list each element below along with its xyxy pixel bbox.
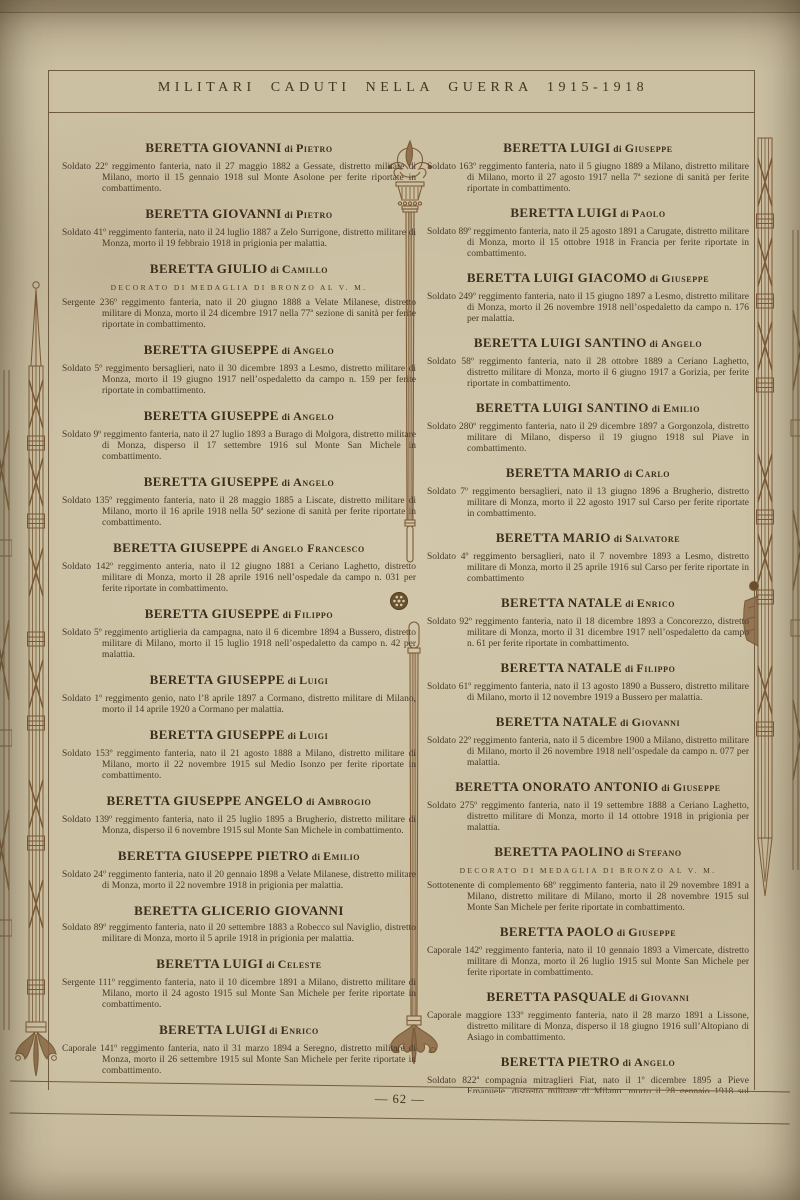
entry-surname-given: BERETTA LUIGI SANTINO xyxy=(476,400,649,415)
memorial-entry: BERETTA LUIGI di GiuseppeSoldato 163º re… xyxy=(427,141,749,195)
memorial-entry: BERETTA PAOLO di GiuseppeCaporale 142º r… xyxy=(427,925,749,979)
entry-heading: BERETTA GIUSEPPE PIETRO di Emilio xyxy=(62,849,416,865)
entry-heading: BERETTA GIUSEPPE di Filippo xyxy=(62,607,416,623)
entry-body: Soldato 61º reggimento fanteria, nato il… xyxy=(427,682,749,704)
entry-patronymic: Giovanni xyxy=(641,990,690,1004)
entry-patronymic: Salvatore xyxy=(625,531,680,545)
clipped-fasces-edge-ornament xyxy=(790,230,800,870)
entry-heading: BERETTA GIUSEPPE di Angelo xyxy=(62,343,416,359)
entry-body: Soldato 1º reggimento genio, nato l’8 ap… xyxy=(62,694,416,716)
memorial-entry: BERETTA MARIO di SalvatoreSoldato 4º reg… xyxy=(427,531,749,585)
entry-body: Soldato 153º reggimento fanteria, nato i… xyxy=(62,749,416,782)
entry-patronymic: Pietro xyxy=(296,207,333,221)
entry-surname-given: BERETTA LUIGI xyxy=(510,205,617,220)
entry-body: Soldato 139º reggimento fanteria, nato i… xyxy=(62,815,416,837)
memorial-entry: BERETTA GIUSEPPE ANGELO di AmbrogioSolda… xyxy=(62,794,416,837)
entry-heading: BERETTA GIUSEPPE di Angelo xyxy=(62,409,416,425)
entry-di-particle: di xyxy=(622,600,636,610)
entry-surname-given: BERETTA GIUSEPPE xyxy=(150,672,285,687)
entry-surname-given: BERETTA GLICERIO GIOVANNI xyxy=(134,903,344,918)
entry-heading: BERETTA PAOLINO di Stefano xyxy=(427,845,749,861)
right-column: BERETTA LUIGI di GiuseppeSoldato 163º re… xyxy=(427,141,749,1093)
entry-di-particle: di xyxy=(266,1027,280,1037)
entry-body: Soldato 4º reggimento bersaglieri, nato … xyxy=(427,552,749,585)
entry-di-particle: di xyxy=(282,145,296,155)
frame-rule-header-bottom xyxy=(48,112,755,113)
entry-patronymic: Angelo xyxy=(293,409,334,423)
entry-di-particle: di xyxy=(263,961,277,971)
entry-di-particle: di xyxy=(622,665,636,675)
entry-surname-given: BERETTA GIOVANNI xyxy=(145,206,281,221)
entry-surname-given: BERETTA PAOLINO xyxy=(494,844,623,859)
entry-patronymic: Carlo xyxy=(635,466,670,480)
memorial-entry: BERETTA GIUSEPPE di AngeloSoldato 135º r… xyxy=(62,475,416,529)
entry-surname-given: BERETTA GIUSEPPE xyxy=(113,540,248,555)
left-column: BERETTA GIOVANNI di PietroSoldato 22º re… xyxy=(62,141,416,1093)
entry-patronymic: Enrico xyxy=(281,1023,319,1037)
entry-di-particle: di xyxy=(647,275,661,285)
entry-body: Soldato 89º reggimento fanteria, nato il… xyxy=(62,923,416,945)
entry-patronymic: Filippo xyxy=(636,661,675,675)
entry-patronymic: Giuseppe xyxy=(628,925,676,939)
entry-surname-given: BERETTA GIUSEPPE xyxy=(144,474,279,489)
entry-patronymic: Paolo xyxy=(632,206,666,220)
entry-surname-given: BERETTA GIUSEPPE ANGELO xyxy=(107,793,304,808)
entry-body: Soldato 89º reggimento fanteria, nato il… xyxy=(427,227,749,260)
entry-heading: BERETTA GIUSEPPE di Luigi xyxy=(62,673,416,689)
entry-body: Soldato 92º reggimento fanteria, nato il… xyxy=(427,617,749,650)
entry-body: Soldato 135º reggimento fanteria, nato i… xyxy=(62,496,416,529)
entry-patronymic: Giuseppe xyxy=(661,271,709,285)
entry-body: Caporale 141º reggimento fanteria, nato … xyxy=(62,1044,416,1077)
entry-heading: BERETTA LUIGI SANTINO di Emilio xyxy=(427,401,749,417)
frame-rule-top xyxy=(48,70,755,71)
entry-surname-given: BERETTA GIUSEPPE xyxy=(144,408,279,423)
entry-surname-given: BERETTA PASQUALE xyxy=(487,989,627,1004)
entry-di-particle: di xyxy=(649,405,663,415)
entry-surname-given: BERETTA PAOLO xyxy=(500,924,614,939)
entry-heading: BERETTA GIUSEPPE di Angelo Francesco xyxy=(62,541,416,557)
entry-heading: BERETTA LUIGI di Giuseppe xyxy=(427,141,749,157)
memorial-entry: BERETTA GIOVANNI di PietroSoldato 41º re… xyxy=(62,207,416,250)
entry-heading: BERETTA GIULIO di Camillo xyxy=(62,262,416,278)
entry-body: Soldato 22º reggimento fanteria, nato il… xyxy=(62,162,416,195)
entry-patronymic: Emilio xyxy=(323,849,360,863)
entry-heading: BERETTA LUIGI di Paolo xyxy=(427,206,749,222)
memorial-entry: BERETTA NATALE di FilippoSoldato 61º reg… xyxy=(427,661,749,704)
entry-surname-given: BERETTA NATALE xyxy=(501,660,623,675)
entry-decoration: DECORATO DI MEDAGLIA DI BRONZO AL V. M. xyxy=(62,283,416,292)
memorial-entry: BERETTA GIUSEPPE PIETRO di EmilioSoldato… xyxy=(62,849,416,892)
entry-heading: BERETTA GIOVANNI di Pietro xyxy=(62,207,416,223)
entry-di-particle: di xyxy=(621,470,635,480)
entry-body: Caporale maggiore 133º reggimento fanter… xyxy=(427,1011,749,1044)
entry-surname-given: BERETTA LUIGI xyxy=(156,956,263,971)
entry-patronymic: Camillo xyxy=(282,262,328,276)
entry-di-particle: di xyxy=(282,211,296,221)
entry-patronymic: Angelo Francesco xyxy=(263,541,365,555)
entry-patronymic: Giovanni xyxy=(632,715,681,729)
memorial-entry: BERETTA PASQUALE di GiovanniCaporale mag… xyxy=(427,990,749,1044)
entry-di-particle: di xyxy=(303,798,317,808)
entry-patronymic: Filippo xyxy=(294,607,333,621)
memorial-entry: BERETTA PAOLINO di StefanoDECORATO DI ME… xyxy=(427,845,749,914)
memorial-entry: BERETTA GIUSEPPE di AngeloSoldato 9º reg… xyxy=(62,409,416,463)
entry-heading: BERETTA MARIO di Carlo xyxy=(427,466,749,482)
entry-heading: BERETTA GIUSEPPE di Angelo xyxy=(62,475,416,491)
entry-body: Soldato 5º reggimento bersaglieri, nato … xyxy=(62,364,416,397)
entry-heading: BERETTA LUIGI di Enrico xyxy=(62,1023,416,1039)
entry-heading: BERETTA NATALE di Enrico xyxy=(427,596,749,612)
entry-heading: BERETTA MARIO di Salvatore xyxy=(427,531,749,547)
entry-patronymic: Enrico xyxy=(637,596,675,610)
entry-di-particle: di xyxy=(280,611,294,621)
scanned-page: MILITARI CADUTI NELLA GUERRA 1915-1918 xyxy=(0,0,800,1200)
footer-rule-bottom xyxy=(10,1113,790,1125)
entry-di-particle: di xyxy=(624,849,638,859)
memorial-entry: BERETTA GIUSEPPE di LuigiSoldato 1º regg… xyxy=(62,673,416,716)
entry-surname-given: BERETTA MARIO xyxy=(506,465,621,480)
entry-patronymic: Giuseppe xyxy=(673,780,721,794)
entry-surname-given: BERETTA LUIGI SANTINO xyxy=(474,335,647,350)
entry-di-particle: di xyxy=(626,994,640,1004)
entry-patronymic: Celeste xyxy=(278,957,322,971)
entry-patronymic: Angelo xyxy=(661,336,702,350)
clipped-fasces-edge-ornament xyxy=(0,370,12,1030)
memorial-entry: BERETTA GIUSEPPE di LuigiSoldato 153º re… xyxy=(62,728,416,782)
entry-surname-given: BERETTA GIUSEPPE xyxy=(145,606,280,621)
entry-patronymic: Angelo xyxy=(634,1055,675,1069)
entry-patronymic: Luigi xyxy=(299,728,328,742)
memorial-entry: BERETTA LUIGI GIACOMO di GiuseppeSoldato… xyxy=(427,271,749,325)
memorial-entry: BERETTA LUIGI SANTINO di EmilioSoldato 2… xyxy=(427,401,749,455)
entry-body: Sergente 111º reggimento fanteria, nato … xyxy=(62,978,416,1011)
entry-heading: BERETTA NATALE di Giovanni xyxy=(427,715,749,731)
entry-decoration: DECORATO DI MEDAGLIA DI BRONZO AL V. M. xyxy=(427,866,749,875)
entry-di-particle: di xyxy=(611,145,625,155)
entry-di-particle: di xyxy=(614,929,628,939)
entry-di-particle: di xyxy=(611,535,625,545)
entry-di-particle: di xyxy=(279,479,293,489)
entry-body: Caporale 142º reggimento fanteria, nato … xyxy=(427,946,749,979)
entry-surname-given: BERETTA ONORATO ANTONIO xyxy=(455,779,658,794)
entry-surname-given: BERETTA PIETRO xyxy=(501,1054,620,1069)
entry-surname-given: BERETTA GIUSEPPE xyxy=(144,342,279,357)
memorial-entry: BERETTA MARIO di CarloSoldato 7º reggime… xyxy=(427,466,749,520)
memorial-entry: BERETTA LUIGI di CelesteSergente 111º re… xyxy=(62,957,416,1011)
entry-heading: BERETTA NATALE di Filippo xyxy=(427,661,749,677)
entry-surname-given: BERETTA GIULIO xyxy=(150,261,268,276)
entry-heading: BERETTA LUIGI GIACOMO di Giuseppe xyxy=(427,271,749,287)
entry-body: Sergente 236º reggimento fanteria, nato … xyxy=(62,298,416,331)
memorial-entry: BERETTA GIUSEPPE di FilippoSoldato 5º re… xyxy=(62,607,416,661)
entry-di-particle: di xyxy=(617,719,631,729)
memorial-entry: BERETTA GIOVANNI di PietroSoldato 22º re… xyxy=(62,141,416,195)
entry-surname-given: BERETTA LUIGI xyxy=(503,141,610,155)
entry-patronymic: Pietro xyxy=(296,141,333,155)
entry-body: Soldato 5º reggimento artiglieria da cam… xyxy=(62,628,416,661)
entry-patronymic: Luigi xyxy=(299,673,328,687)
page-title: MILITARI CADUTI NELLA GUERRA 1915-1918 xyxy=(50,80,756,96)
memorial-entry: BERETTA LUIGI di PaoloSoldato 89º reggim… xyxy=(427,206,749,260)
entry-surname-given: BERETTA LUIGI GIACOMO xyxy=(467,270,647,285)
entry-di-particle: di xyxy=(279,347,293,357)
entry-surname-given: BERETTA GIUSEPPE xyxy=(150,727,285,742)
entry-di-particle: di xyxy=(659,784,673,794)
entry-di-particle: di xyxy=(248,545,262,555)
entry-heading: BERETTA ONORATO ANTONIO di Giuseppe xyxy=(427,780,749,796)
entry-body: Soldato 163º reggimento fanteria, nato i… xyxy=(427,162,749,195)
memorial-entry: BERETTA GIULIO di CamilloDECORATO DI MED… xyxy=(62,262,416,331)
memorial-entry: BERETTA NATALE di GiovanniSoldato 22º re… xyxy=(427,715,749,769)
entry-surname-given: BERETTA GIOVANNI xyxy=(145,141,281,155)
entry-di-particle: di xyxy=(620,1059,634,1069)
entry-patronymic: Giuseppe xyxy=(625,141,673,155)
memorial-entry: BERETTA GLICERIO GIOVANNISoldato 89º reg… xyxy=(62,904,416,945)
entry-body: Sottotenente di complemento 68º reggimen… xyxy=(427,881,749,914)
entry-surname-given: BERETTA LUIGI xyxy=(159,1022,266,1037)
entry-di-particle: di xyxy=(285,732,299,742)
entry-di-particle: di xyxy=(309,853,323,863)
memorial-entry: BERETTA LUIGI di EnricoCaporale 141º reg… xyxy=(62,1023,416,1077)
entry-surname-given: BERETTA MARIO xyxy=(496,530,611,545)
entry-body: Soldato 280º reggimento fanteria, nato i… xyxy=(427,422,749,455)
entry-body: Soldato 142º reggimento anteria, nato il… xyxy=(62,562,416,595)
entry-patronymic: Emilio xyxy=(663,401,700,415)
entry-heading: BERETTA PAOLO di Giuseppe xyxy=(427,925,749,941)
memorial-entry: BERETTA NATALE di EnricoSoldato 92º regg… xyxy=(427,596,749,650)
paper-top-edge xyxy=(0,0,800,13)
entry-heading: BERETTA PASQUALE di Giovanni xyxy=(427,990,749,1006)
fasces-border-ornament xyxy=(14,280,58,1088)
memorial-entry: BERETTA ONORATO ANTONIO di GiuseppeSolda… xyxy=(427,780,749,834)
entry-di-particle: di xyxy=(268,266,282,276)
entry-surname-given: BERETTA GIUSEPPE PIETRO xyxy=(118,848,309,863)
entry-di-particle: di xyxy=(618,210,632,220)
entry-heading: BERETTA LUIGI SANTINO di Angelo xyxy=(427,336,749,352)
entry-surname-given: BERETTA NATALE xyxy=(496,714,618,729)
entry-patronymic: Angelo xyxy=(293,475,334,489)
fasces-axe-border-ornament xyxy=(742,134,790,904)
entry-patronymic: Angelo xyxy=(293,343,334,357)
entry-heading: BERETTA LUIGI di Celeste xyxy=(62,957,416,973)
entry-body: Soldato 7º reggimento bersaglieri, nato … xyxy=(427,487,749,520)
entry-heading: BERETTA GLICERIO GIOVANNI xyxy=(62,904,416,918)
entry-body: Soldato 249º reggimento fanteria, nato i… xyxy=(427,292,749,325)
entry-di-particle: di xyxy=(285,677,299,687)
entry-di-particle: di xyxy=(647,340,661,350)
entry-body: Soldato 9º reggimento fanteria, nato il … xyxy=(62,430,416,463)
entry-body: Soldato 58º reggimento fanteria, nato il… xyxy=(427,357,749,390)
memorial-entry: BERETTA GIUSEPPE di AngeloSoldato 5º reg… xyxy=(62,343,416,397)
entry-heading: BERETTA GIOVANNI di Pietro xyxy=(62,141,416,157)
entry-body: Soldato 24º reggimento fanteria, nato il… xyxy=(62,870,416,892)
entry-body: Soldato 275º reggimento fanteria, nato i… xyxy=(427,801,749,834)
entry-heading: BERETTA PIETRO di Angelo xyxy=(427,1055,749,1071)
entry-heading: BERETTA GIUSEPPE ANGELO di Ambrogio xyxy=(62,794,416,810)
entry-body: Soldato 22º reggimento fanteria, nato il… xyxy=(427,736,749,769)
entry-heading: BERETTA GIUSEPPE di Luigi xyxy=(62,728,416,744)
entry-di-particle: di xyxy=(279,413,293,423)
memorial-entry: BERETTA LUIGI SANTINO di AngeloSoldato 5… xyxy=(427,336,749,390)
memorial-entry: BERETTA GIUSEPPE di Angelo FrancescoSold… xyxy=(62,541,416,595)
entry-body: Soldato 41º reggimento fanteria, nato il… xyxy=(62,228,416,250)
entry-patronymic: Stefano xyxy=(638,845,682,859)
entry-patronymic: Ambrogio xyxy=(318,794,372,808)
entry-surname-given: BERETTA NATALE xyxy=(501,595,623,610)
